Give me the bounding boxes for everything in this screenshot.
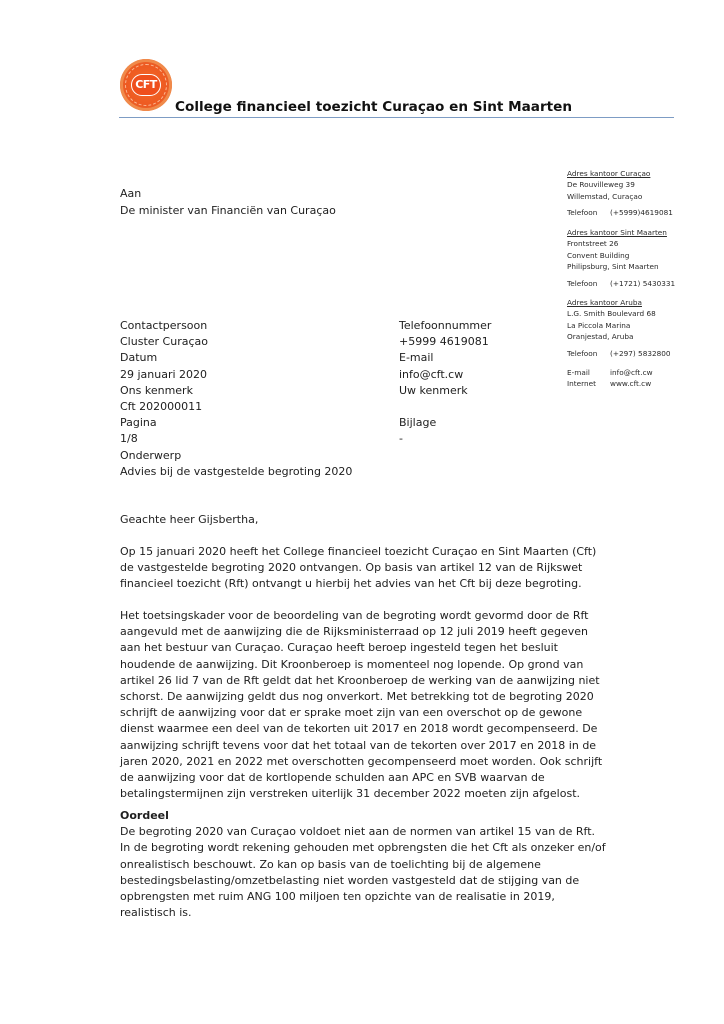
meta-value-phone: +5999 4619081: [399, 334, 491, 350]
phone-row: Telefoon (+5999)4619081: [567, 207, 673, 218]
phone-row: Telefoon (+297) 5832800: [567, 348, 671, 359]
meta-label-date: Datum: [120, 350, 352, 366]
meta-value-contactperson: Cluster Curaçao: [120, 334, 352, 350]
header-divider: [119, 117, 674, 118]
email-row: E-mail info@cft.cw: [567, 367, 653, 378]
text-line: schorst. De aanwijzing geldt dus nog onv…: [120, 689, 620, 705]
text-line: Op 15 januari 2020 heeft het College fin…: [120, 544, 620, 560]
meta-label-attachment: Bijlage: [399, 415, 491, 431]
office-sint-maarten: Adres kantoor Sint Maarten Frontstreet 2…: [567, 227, 675, 289]
text-line: De begroting 2020 van Curaçao voldoet ni…: [120, 824, 620, 840]
greeting-text: Geachte heer Gijsbertha,: [120, 512, 620, 528]
meta-value-subject: Advies bij de vastgestelde begroting 202…: [120, 464, 352, 480]
text-line: Het toetsingskader voor de beoordeling v…: [120, 608, 620, 624]
text-line: opbrengsten met ruim ANG 100 miljoen ten…: [120, 889, 620, 905]
text-line: In de begroting wordt rekening gehouden …: [120, 840, 620, 856]
text-line: de vastgestelde begroting 2020 ontvangen…: [120, 560, 620, 576]
text-line: realistisch is.: [120, 905, 620, 921]
text-line: jaren 2020, 2021 en 2022 met overschotte…: [120, 754, 620, 770]
address-line: Philipsburg, Sint Maarten: [567, 261, 675, 272]
phone-label: Telefoon: [567, 207, 610, 218]
section-oordeel: Oordeel De begroting 2020 van Curaçao vo…: [120, 808, 620, 921]
recipient-prefix: Aan: [120, 185, 336, 202]
text-line: aanwijzing schrijft tevens voor dat het …: [120, 738, 620, 754]
cft-logo: CFT: [120, 59, 172, 111]
greeting: Geachte heer Gijsbertha,: [120, 512, 620, 528]
organization-title: College financieel toezicht Curaçao en S…: [175, 99, 572, 115]
office-heading: Adres kantoor Aruba: [567, 297, 671, 308]
text-line: financieel toezicht (Rft) ontvangt u hie…: [120, 576, 620, 592]
phone-value: (+5999)4619081: [610, 207, 673, 218]
address-line: Frontstreet 26: [567, 238, 675, 249]
text-line: schrijft de aanwijzing voor dat er sprak…: [120, 705, 620, 721]
meta-label-your-reference: Uw kenmerk: [399, 383, 491, 399]
text-line: bestedingsbelasting/omzetbelasting niet …: [120, 873, 620, 889]
paragraph-framework: Het toetsingskader voor de beoordeling v…: [120, 608, 620, 802]
meta-right-column: Telefoonnummer +5999 4619081 E-mail info…: [399, 318, 491, 448]
phone-row: Telefoon (+1721) 5430331: [567, 278, 675, 289]
meta-label-email: E-mail: [399, 350, 491, 366]
text-line: aangevuld met de aanwijzing die de Rijks…: [120, 624, 620, 640]
address-line: L.G. Smith Boulevard 68: [567, 308, 671, 319]
paragraph-intro: Op 15 januari 2020 heeft het College fin…: [120, 544, 620, 593]
meta-value-your-reference: [399, 399, 491, 415]
office-heading: Adres kantoor Sint Maarten: [567, 227, 675, 238]
phone-value: (+1721) 5430331: [610, 278, 675, 289]
meta-value-date: 29 januari 2020: [120, 367, 352, 383]
text-line: de aanwijzing voor dat de kortlopende sc…: [120, 770, 620, 786]
meta-value-attachment: -: [399, 431, 491, 447]
text-line: artikel 26 lid 7 van de Rft geldt dat he…: [120, 673, 620, 689]
internet-row: Internet www.cft.cw: [567, 378, 653, 389]
recipient-block: Aan De minister van Financiën van Curaça…: [120, 185, 336, 219]
address-line: Oranjestad, Aruba: [567, 331, 671, 342]
email-label: E-mail: [567, 367, 610, 378]
meta-label-our-reference: Ons kenmerk: [120, 383, 352, 399]
meta-value-email: info@cft.cw: [399, 367, 491, 383]
meta-value-our-reference: Cft 202000011: [120, 399, 352, 415]
meta-left-column: Contactpersoon Cluster Curaçao Datum 29 …: [120, 318, 352, 480]
internet-label: Internet: [567, 378, 610, 389]
meta-label-contactperson: Contactpersoon: [120, 318, 352, 334]
address-line: De Rouvilleweg 39: [567, 179, 673, 190]
logo-text: CFT: [131, 74, 161, 96]
phone-label: Telefoon: [567, 348, 610, 359]
contact-info: E-mail info@cft.cw Internet www.cft.cw: [567, 367, 653, 390]
phone-value: (+297) 5832800: [610, 348, 671, 359]
text-line: houdende de aanwijzing. Dit Kroonberoep …: [120, 657, 620, 673]
text-line: betalingstermijnen zijn verstreken uiter…: [120, 786, 620, 802]
section-heading: Oordeel: [120, 808, 620, 824]
meta-label-phone: Telefoonnummer: [399, 318, 491, 334]
email-link[interactable]: info@cft.cw: [610, 367, 653, 378]
address-line: Willemstad, Curaçao: [567, 191, 673, 202]
office-heading: Adres kantoor Curaçao: [567, 168, 673, 179]
website-link[interactable]: www.cft.cw: [610, 378, 651, 389]
office-curacao: Adres kantoor Curaçao De Rouvilleweg 39 …: [567, 168, 673, 219]
recipient-name: De minister van Financiën van Curaçao: [120, 202, 336, 219]
meta-label-page: Pagina: [120, 415, 352, 431]
address-line: La Piccola Marina: [567, 320, 671, 331]
phone-label: Telefoon: [567, 278, 610, 289]
address-line: Convent Building: [567, 250, 675, 261]
office-aruba: Adres kantoor Aruba L.G. Smith Boulevard…: [567, 297, 671, 359]
meta-value-page: 1/8: [120, 431, 352, 447]
text-line: onrealistisch beschouwt. Zo kan op basis…: [120, 857, 620, 873]
meta-label-subject: Onderwerp: [120, 448, 352, 464]
text-line: aan het bestuur van Curaçao. Curaçao hee…: [120, 640, 620, 656]
text-line: dienst waarmee een deel van de tekorten …: [120, 721, 620, 737]
